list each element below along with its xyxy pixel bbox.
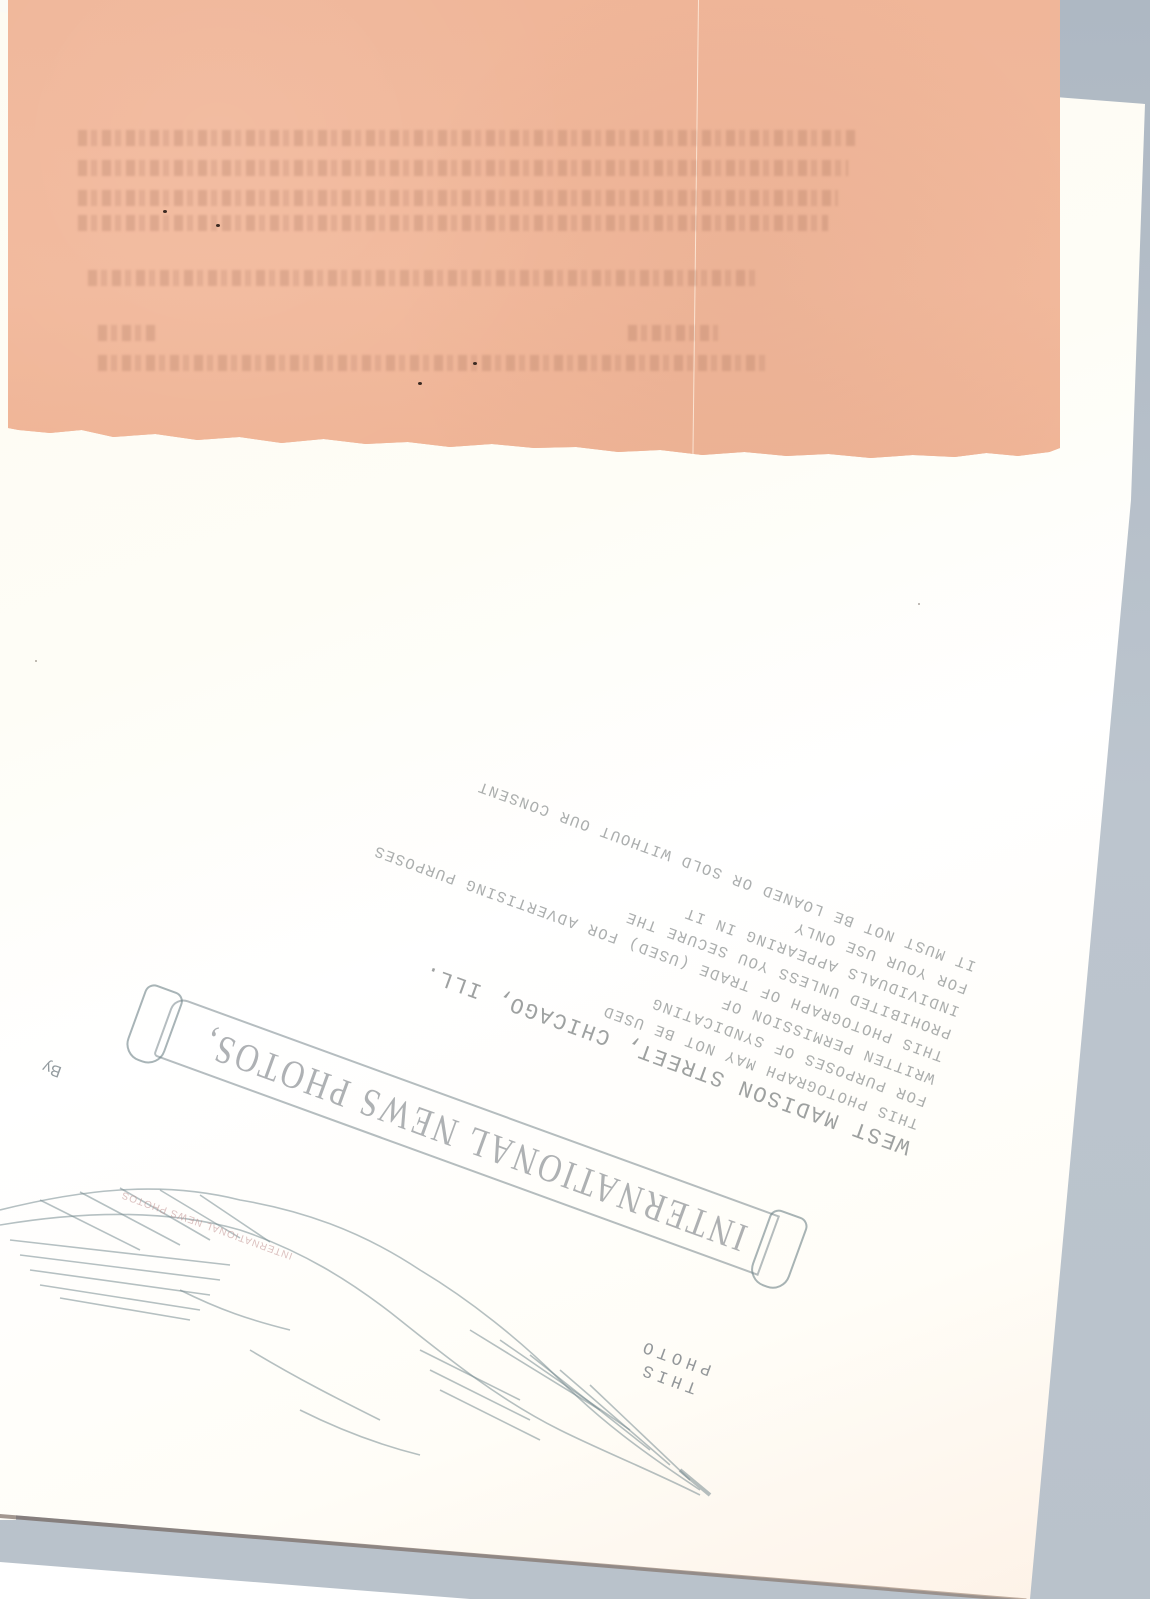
ink-speck (473, 362, 477, 365)
bleed-through-text (78, 215, 828, 231)
bleed-through-text (98, 325, 158, 341)
bleed-through-text (98, 355, 768, 371)
sheet-fold-line (692, 0, 699, 470)
bleed-through-text (78, 130, 858, 146)
bleed-through-text (628, 325, 718, 341)
ink-speck (163, 210, 167, 213)
dust-speck (35, 660, 37, 662)
scanned-photo-back: INTERNATIONAL NEWS PHOTOS INTERNATIONAL … (0, 0, 1150, 1599)
ink-speck (418, 382, 422, 385)
torn-caption-sheet (8, 0, 1060, 480)
bleed-through-text (88, 270, 758, 286)
bleed-through-text (78, 190, 838, 206)
dust-speck (918, 603, 920, 605)
ink-speck (216, 224, 220, 227)
bleed-through-text (78, 160, 848, 176)
